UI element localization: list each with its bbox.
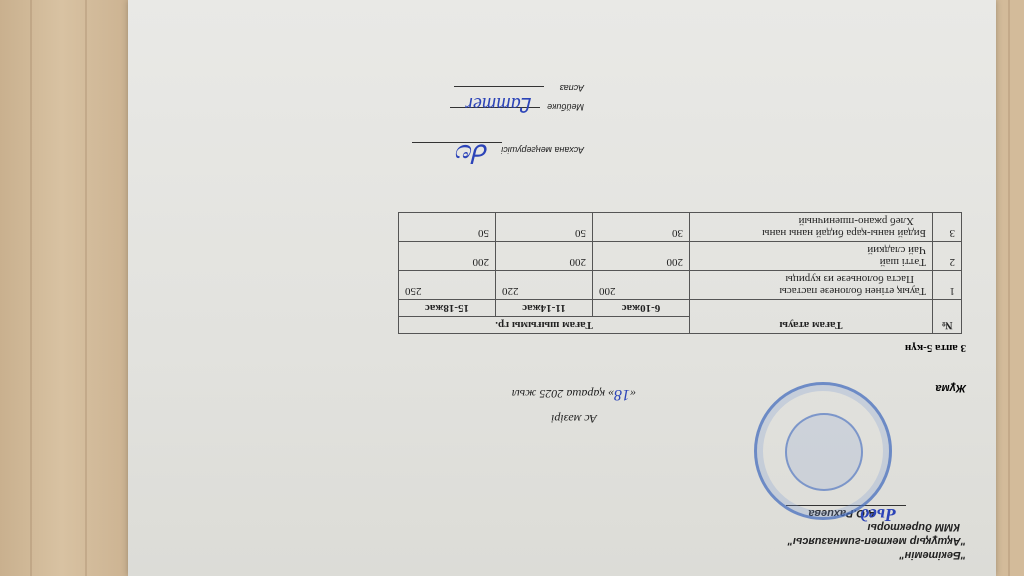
table-row: 2 Тәтті шайЧай сладкий 200 200 200 <box>399 242 962 271</box>
table-row: 3 Бидай наны-қара бидай наны наныХлеб рж… <box>399 213 962 242</box>
header-num: № <box>933 300 962 334</box>
official-stamp-icon <box>754 382 892 520</box>
cook-signature: Ꮭаmmer <box>465 97 532 110</box>
menu-title: Ас мәзірі <box>512 411 636 426</box>
date-day: 18 <box>614 386 630 403</box>
header-group-2: 11-14жас <box>496 300 593 317</box>
table-header-row: № Тағам атауы Тағам шығымы гр. <box>399 317 962 334</box>
cook-signature-line <box>454 86 544 87</box>
week-day-label: 3 апта 5-күн <box>905 342 966 354</box>
approval-org: "Ақшұқыр мектеп-гимназиясы" <box>788 534 966 548</box>
stamp-emblem-icon <box>785 413 863 491</box>
wood-grain <box>85 0 87 576</box>
header-name: Тағам атауы <box>690 300 933 334</box>
menu-table: № Тағам атауы Тағам шығымы гр. 6-10жас 1… <box>398 212 962 334</box>
canteen-head-signature: Ꮷಲ <box>457 147 488 160</box>
header-group-1: 6-10жас <box>593 300 690 317</box>
header-group-3: 15-18жас <box>399 300 496 317</box>
document-rotated: "Бекітемін" "Ақшұқыр мектеп-гимназиясы" … <box>128 0 996 576</box>
wood-grain <box>30 0 32 576</box>
director-signature: Ԁьед <box>860 508 896 522</box>
paper-sheet: "Бекітемін" "Ақшұқыр мектеп-гимназиясы" … <box>128 0 996 576</box>
canteen-head-label: Асхана меңгерушісі <box>501 143 584 156</box>
title-block: Ас мәзірі «18» қараша 2025 жыл <box>512 385 636 426</box>
menu-date: «18» қараша 2025 жыл <box>512 385 636 403</box>
table-row: 1 Тауық етінен болонезе пастасыПаста бол… <box>399 271 962 300</box>
weekday-label: Жұма <box>935 382 966 394</box>
header-portion: Тағам шығымы гр. <box>399 317 690 334</box>
signatures-block: Асхана меңгерушісі Мейбике Аспаз Ꮷಲ Ꮭаmm… <box>501 81 584 156</box>
wood-grain <box>1008 0 1010 576</box>
approval-label: "Бекітемін" <box>788 548 966 562</box>
